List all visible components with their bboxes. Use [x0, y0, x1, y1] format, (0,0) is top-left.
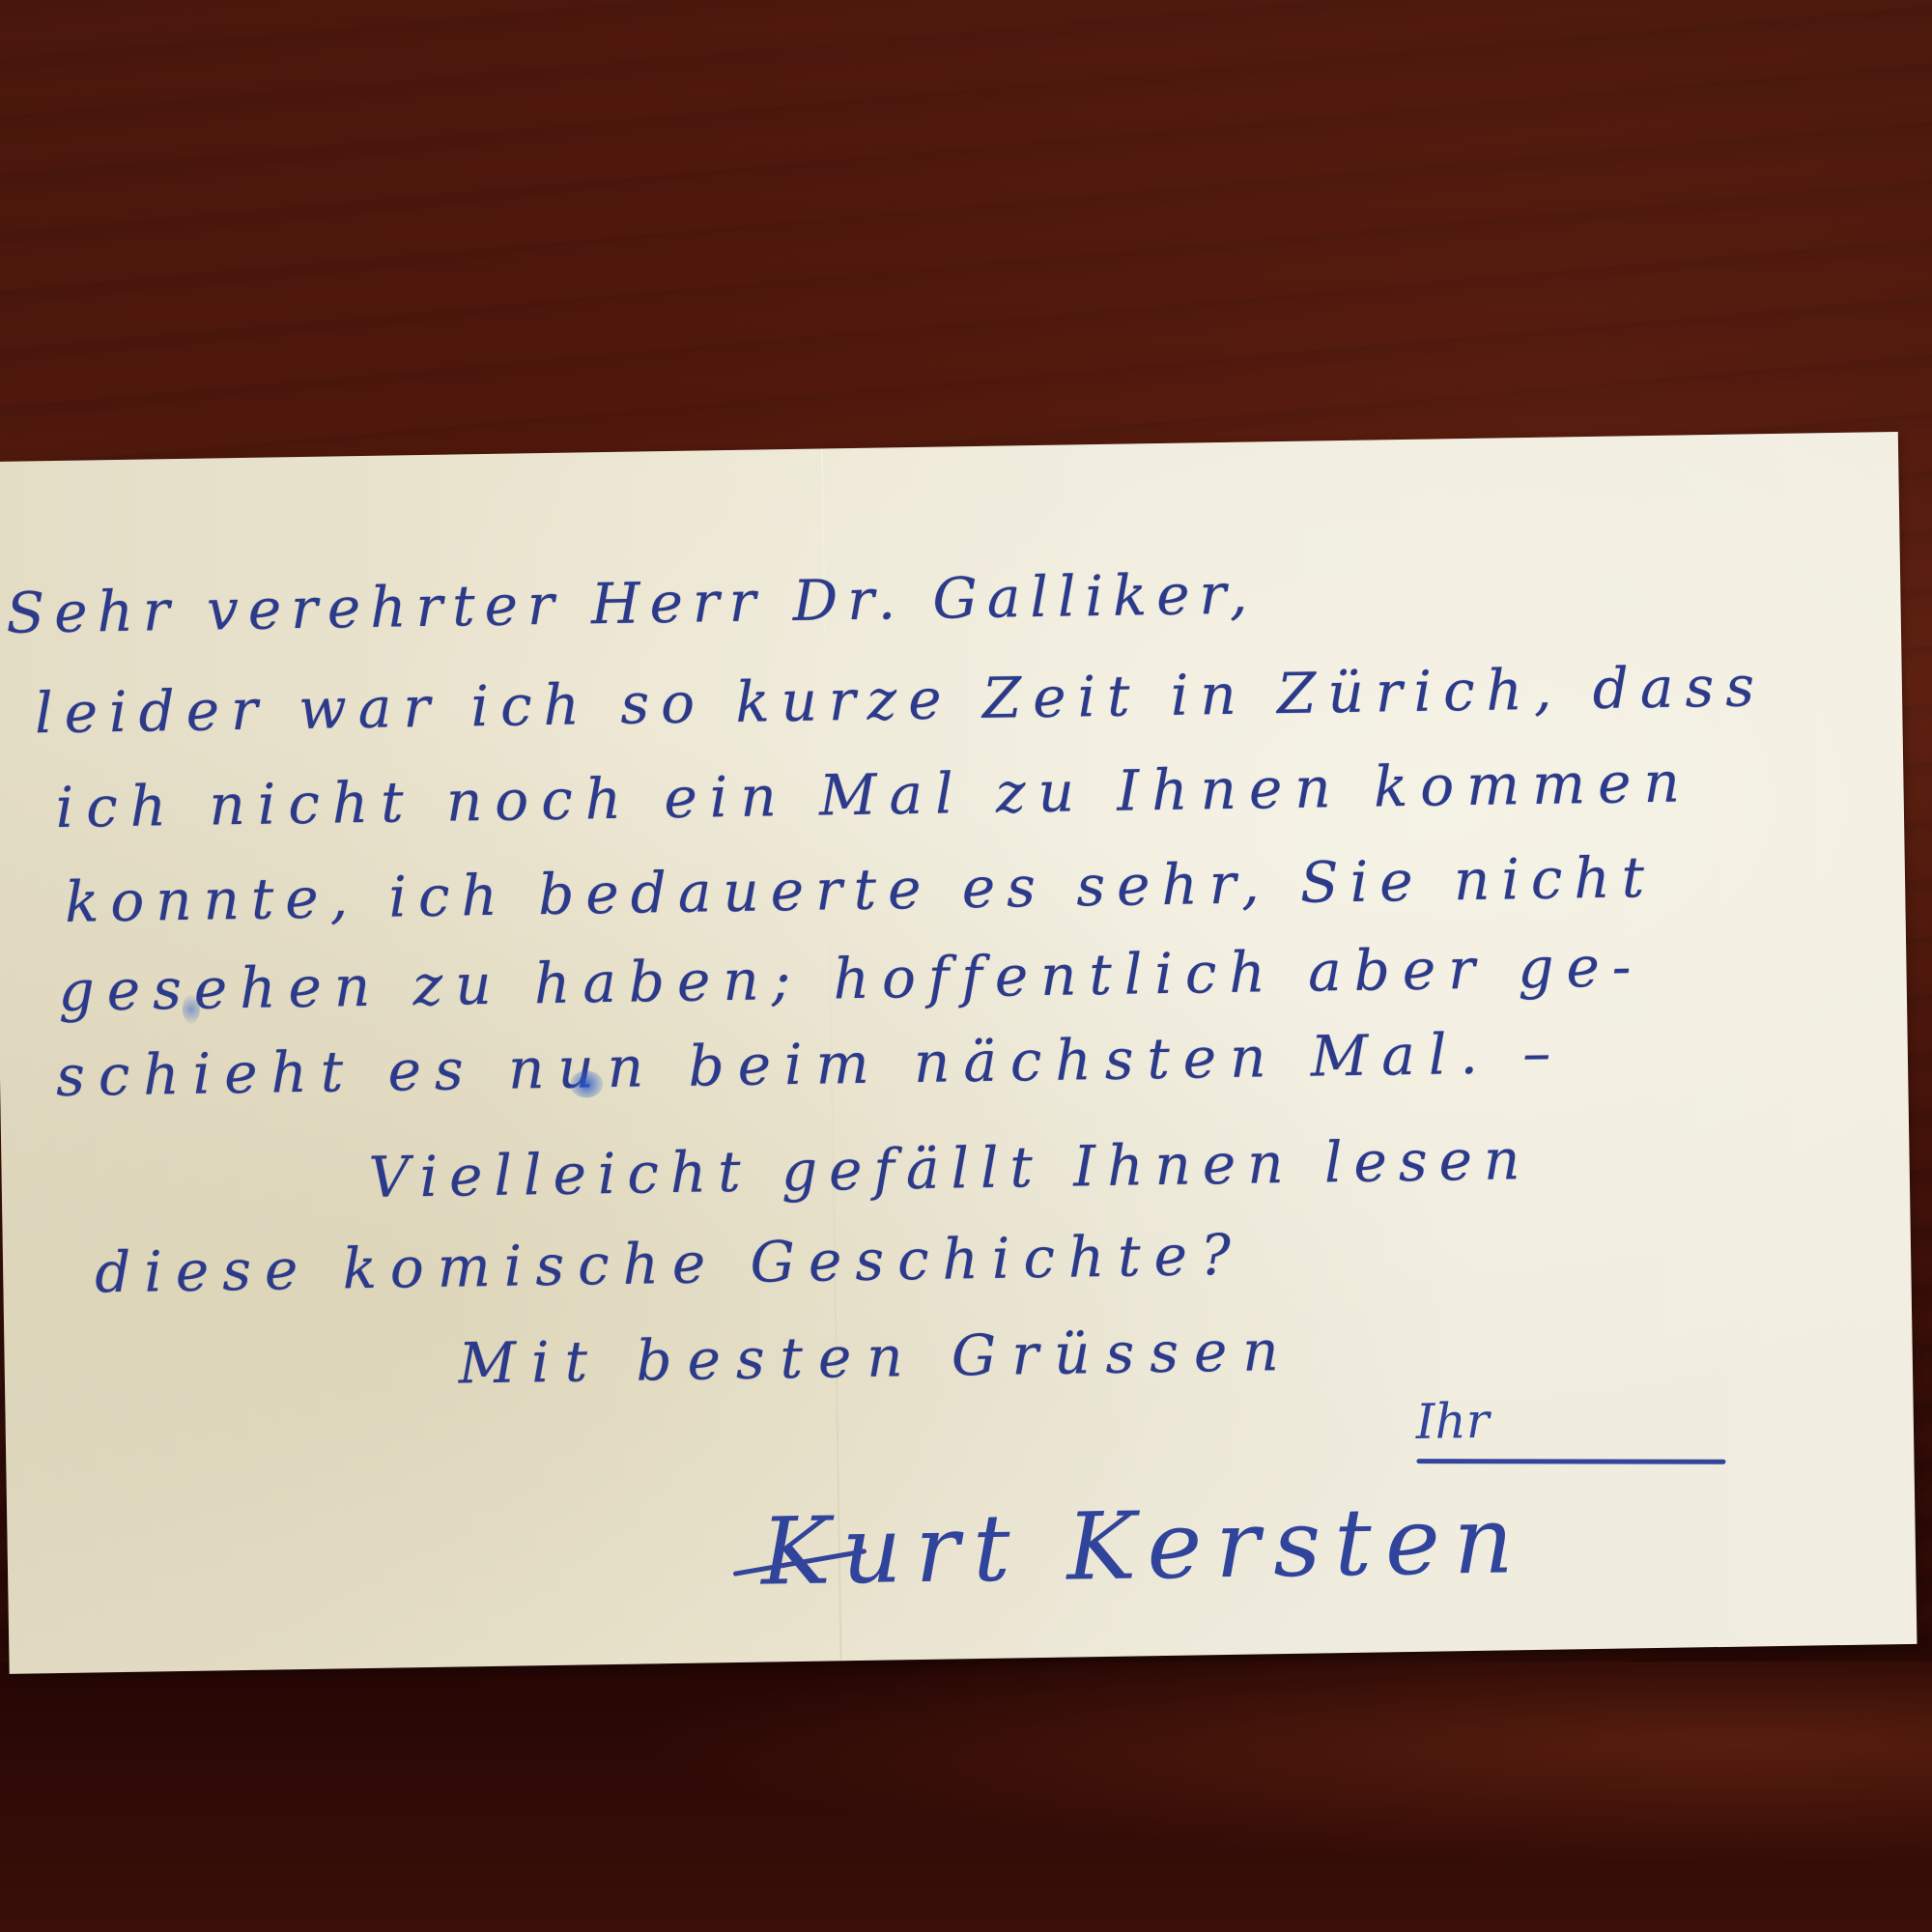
salutation: Sehr verehrter Herr Dr. Galliker,	[6, 565, 1258, 640]
letter-line-7: diese komische Geschichte?	[95, 1227, 1245, 1301]
letter-paper: Sehr verehrter Herr Dr. Galliker, leider…	[0, 432, 1917, 1674]
ink-smudge	[183, 995, 200, 1024]
letter-line-4: gesehen zu haben; hoffentlich aber ge-	[58, 938, 1644, 1019]
letter-line-3: konnte, ich bedauerte es sehr, Sie nicht	[65, 849, 1657, 930]
letter-line-1: leider war ich so kurze Zeit in Zürich, …	[35, 658, 1767, 741]
closing: Mit besten Grüssen	[458, 1322, 1294, 1392]
closing-ihr: Ihr	[1415, 1393, 1490, 1450]
letter-line-6: Vielleicht gefällt Ihnen lesen	[368, 1131, 1531, 1206]
handwritten-letter: Sehr verehrter Herr Dr. Galliker, leider…	[0, 432, 1917, 1674]
letter-line-2: ich nicht noch ein Mal zu Ihnen kommen	[55, 753, 1692, 836]
signature: Kurt Kersten	[760, 1486, 1527, 1605]
wood-grain-upper	[0, 0, 1932, 483]
letter-line-5: schieht es nun beim nächsten Mal. –	[56, 1024, 1565, 1104]
signature-overline	[1416, 1459, 1725, 1464]
wood-grain-lower	[0, 1662, 1932, 1932]
